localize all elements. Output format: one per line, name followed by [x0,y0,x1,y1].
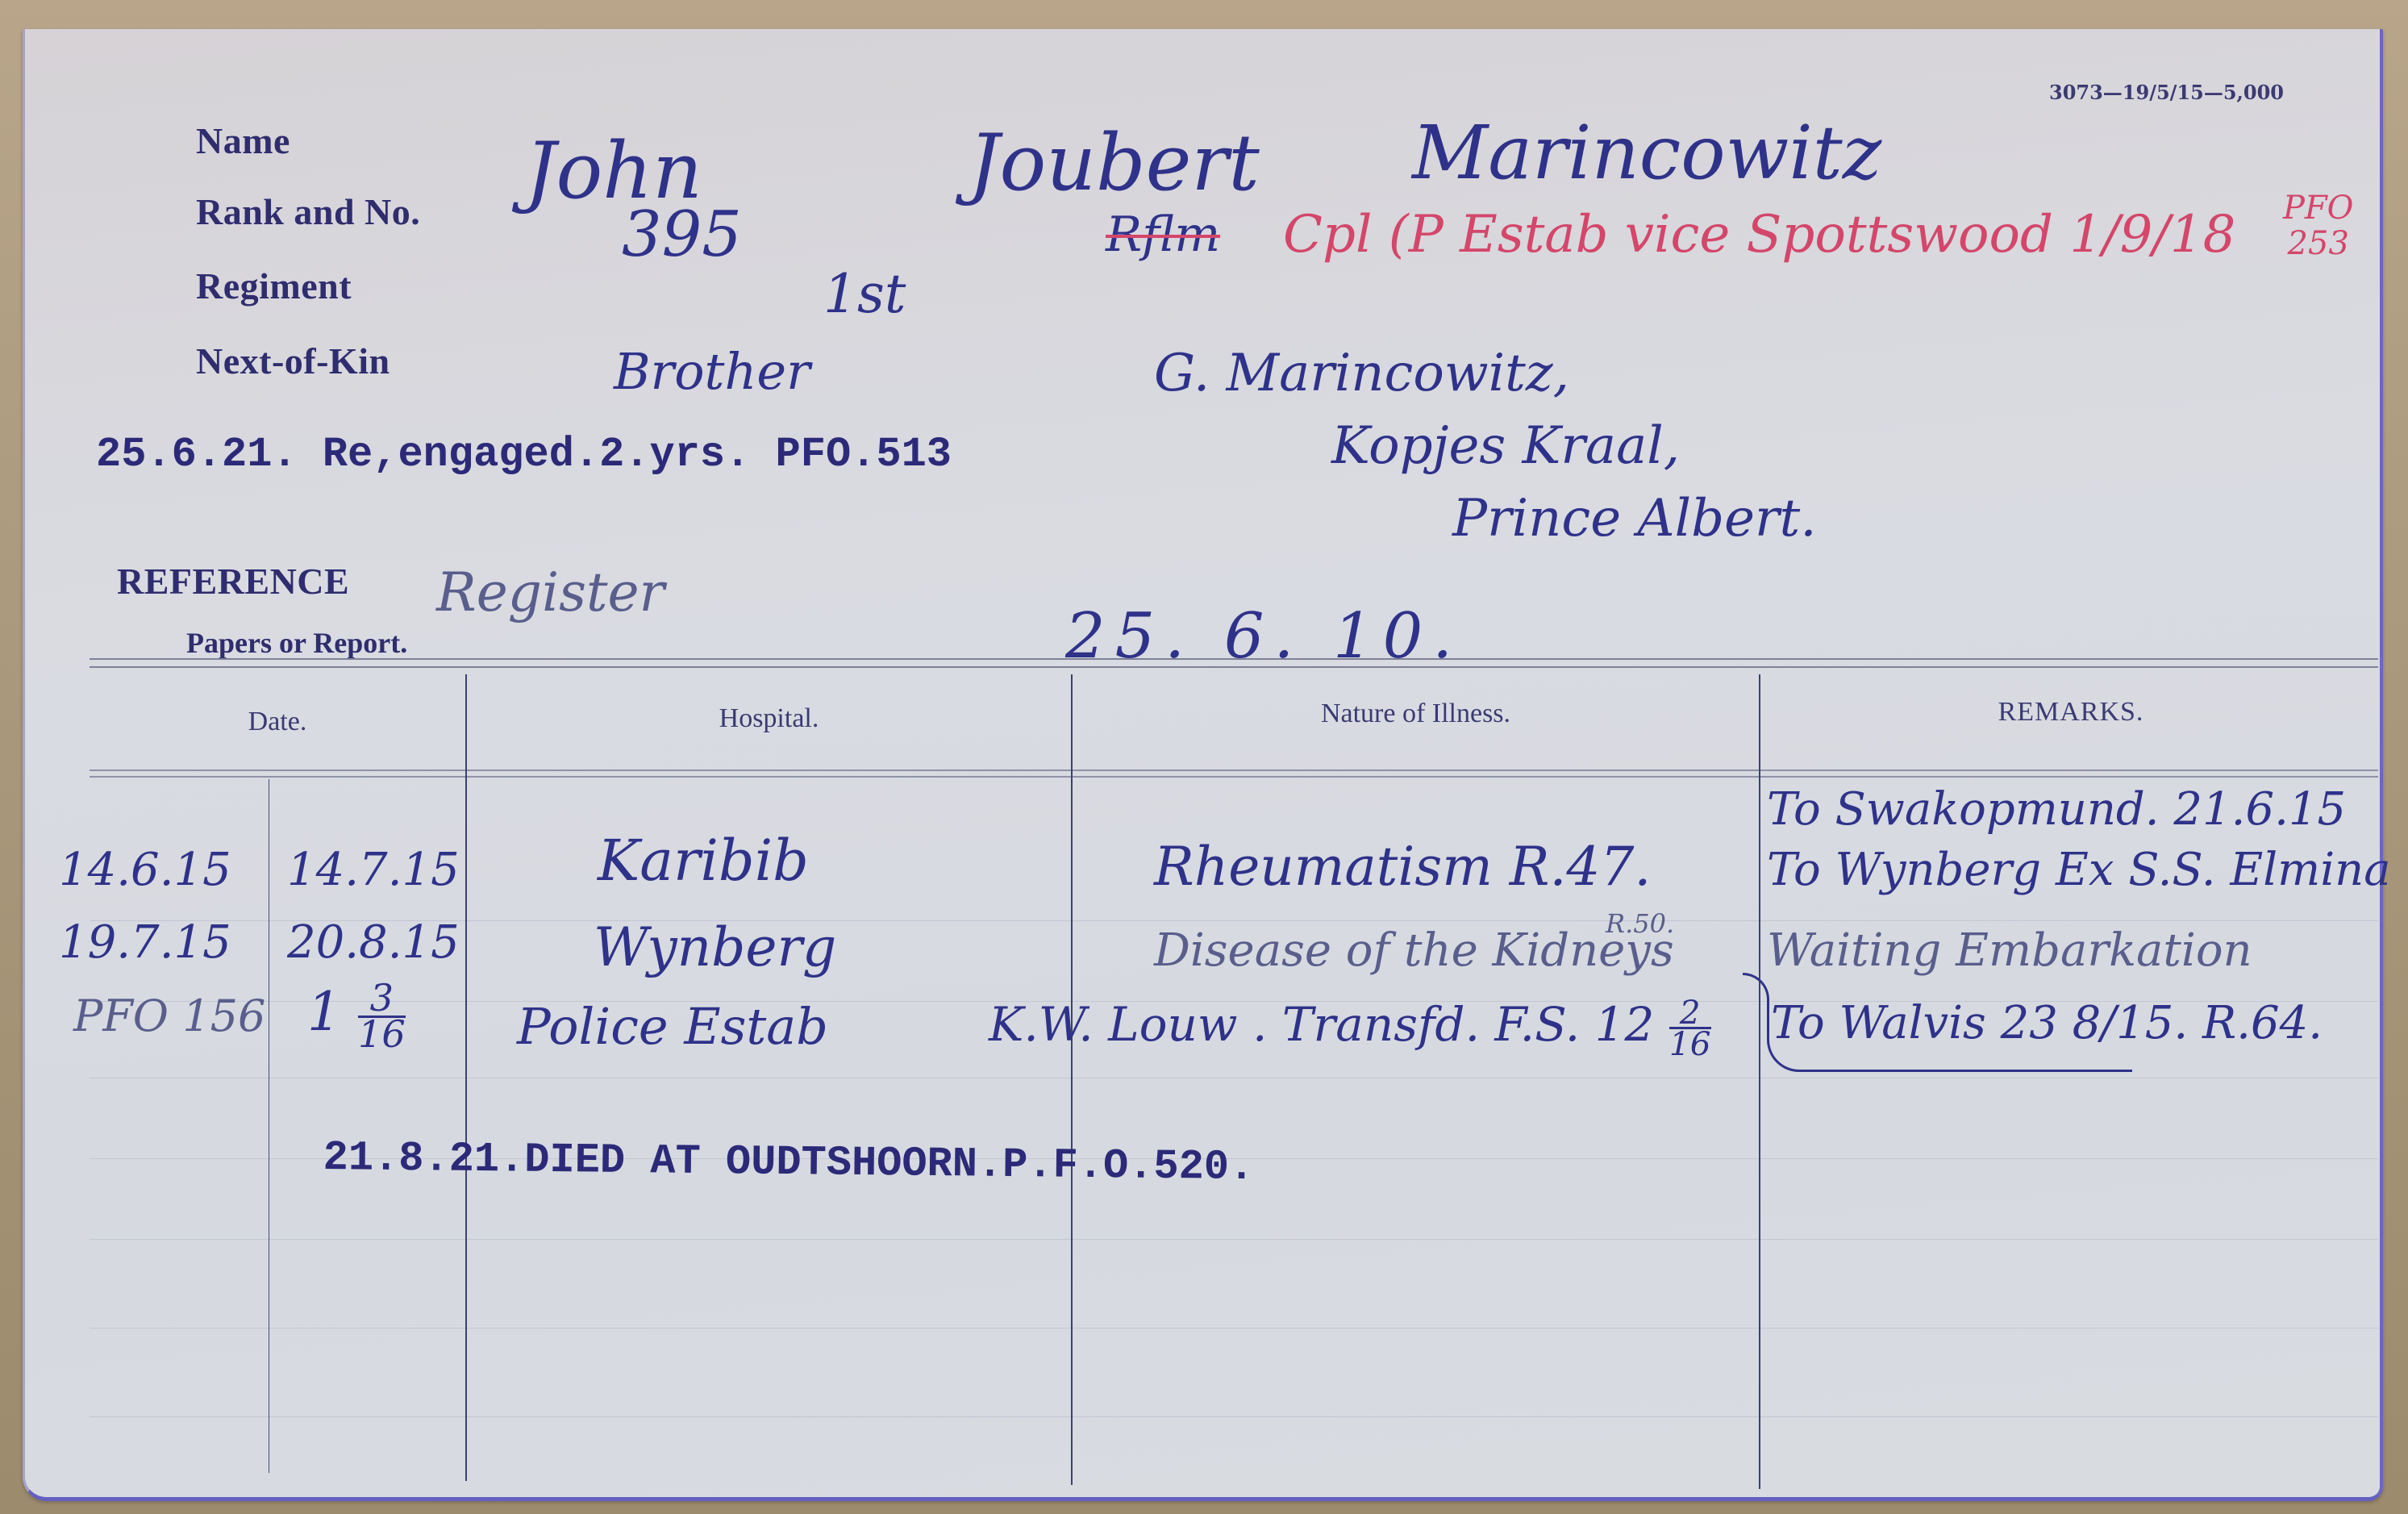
promotion-note: Cpl (P Estab vice Spottswood 1/9/18 [1283,205,2235,265]
name-middle: Joubert [969,118,1260,208]
column-header-hospital: Hospital. [467,703,1071,734]
reference-date: 25. 6. 10. [1065,600,1462,673]
regiment-value: 1st [823,263,906,325]
row2-illness: Disease of the Kidneys [1154,924,1674,977]
row2-date-from: 19.7.15 [59,916,231,969]
row2-illness-ref: R.50. [1606,908,1674,939]
label-next-of-kin: Next-of-Kin [196,340,390,382]
row3-illness-fraction: 216 [1669,998,1711,1059]
row3-date-from: PFO 156 [73,991,265,1041]
form-number: 3073—19/5/15—5,000 [2049,81,2284,104]
row3-hospital: Police Estab [517,997,828,1056]
promotion-ref-top: PFO [2283,190,2353,226]
rank-struck: Rflm [1106,206,1220,263]
label-papers-or-report: Papers or Report. [186,626,407,660]
kin-relation: Brother [614,342,810,401]
service-number: 395 [622,198,742,271]
row3-illness-text: K.W. Louw . Transfd. F.S. 12 [989,997,1654,1052]
label-name: Name [196,119,290,162]
hospital-record-card: 3073—19/5/15—5,000 Name Rank and No. Reg… [23,29,2383,1501]
row1-hospital: Karibib [598,828,809,894]
table-top-rule-2 [90,666,2378,668]
row1-illness: Rheumatism R.47. [1154,836,1651,898]
row1-date-to: 14.7.15 [287,844,460,896]
ruled-line [90,1239,2378,1240]
kin-name: G. Marincowitz, [1154,344,1569,403]
typed-death-note: 21.8.21.DIED AT OUDTSHOORN.P.F.O.520. [323,1134,1254,1191]
row3-date-to-fraction: 316 [358,982,406,1051]
column-rule-date-split [269,779,269,1473]
row1b-remarks: To Wynberg Ex S.S. Elmina 10/7/15 [1767,844,2408,896]
column-rule-date-hospital [465,674,467,1481]
fraction-denominator: 16 [358,1018,406,1052]
label-regiment: Regiment [196,265,352,307]
row3-illness: K.W. Louw . Transfd. F.S. 12 216 [989,997,1711,1059]
row1-remarks: To Swakopmund. 21.6.15 [1767,783,2346,836]
ruled-line [90,1328,2378,1328]
typed-reengagement-note: 25.6.21. Re,engaged.2.yrs. PFO.513 [96,431,952,478]
row3-date-to: 1 316 [307,981,406,1051]
row2-date-to: 20.8.15 [287,916,460,969]
remarks-bracket-top [1743,973,1769,1016]
promotion-ref-bottom: 253 [2283,226,2353,261]
ruled-line [90,1416,2378,1417]
ruled-line [90,1078,2378,1078]
header-bottom-rule-2 [90,776,2378,778]
kin-address-line1: Kopjes Kraal, [1331,416,1680,476]
promotion-ref: PFO 253 [2283,190,2353,261]
label-rank-and-no: Rank and No. [196,190,420,233]
column-rule-illness-remarks [1759,674,1760,1489]
remarks-bracket-underline [1767,1013,2132,1072]
table-top-rule [90,658,2378,660]
column-header-remarks: REMARKS. [1760,697,2381,728]
reference-value: Register [436,561,664,624]
row1-date-from: 14.6.15 [59,844,231,896]
fraction-denominator: 16 [1669,1029,1711,1059]
header-bottom-rule [90,770,2378,771]
label-reference: REFERENCE [117,560,349,603]
row2-remarks: Waiting Embarkation [1767,924,2252,977]
kin-address-line2: Prince Albert. [1452,489,1817,548]
column-header-nature-of-illness: Nature of Illness. [1073,699,1759,729]
row2-hospital: Wynberg [594,916,836,978]
row3-date-to-whole: 1 [307,981,341,1043]
column-header-date: Date. [90,707,465,737]
column-rule-hospital-illness [1071,674,1073,1485]
name-surname: Marincowitz [1412,110,1881,196]
